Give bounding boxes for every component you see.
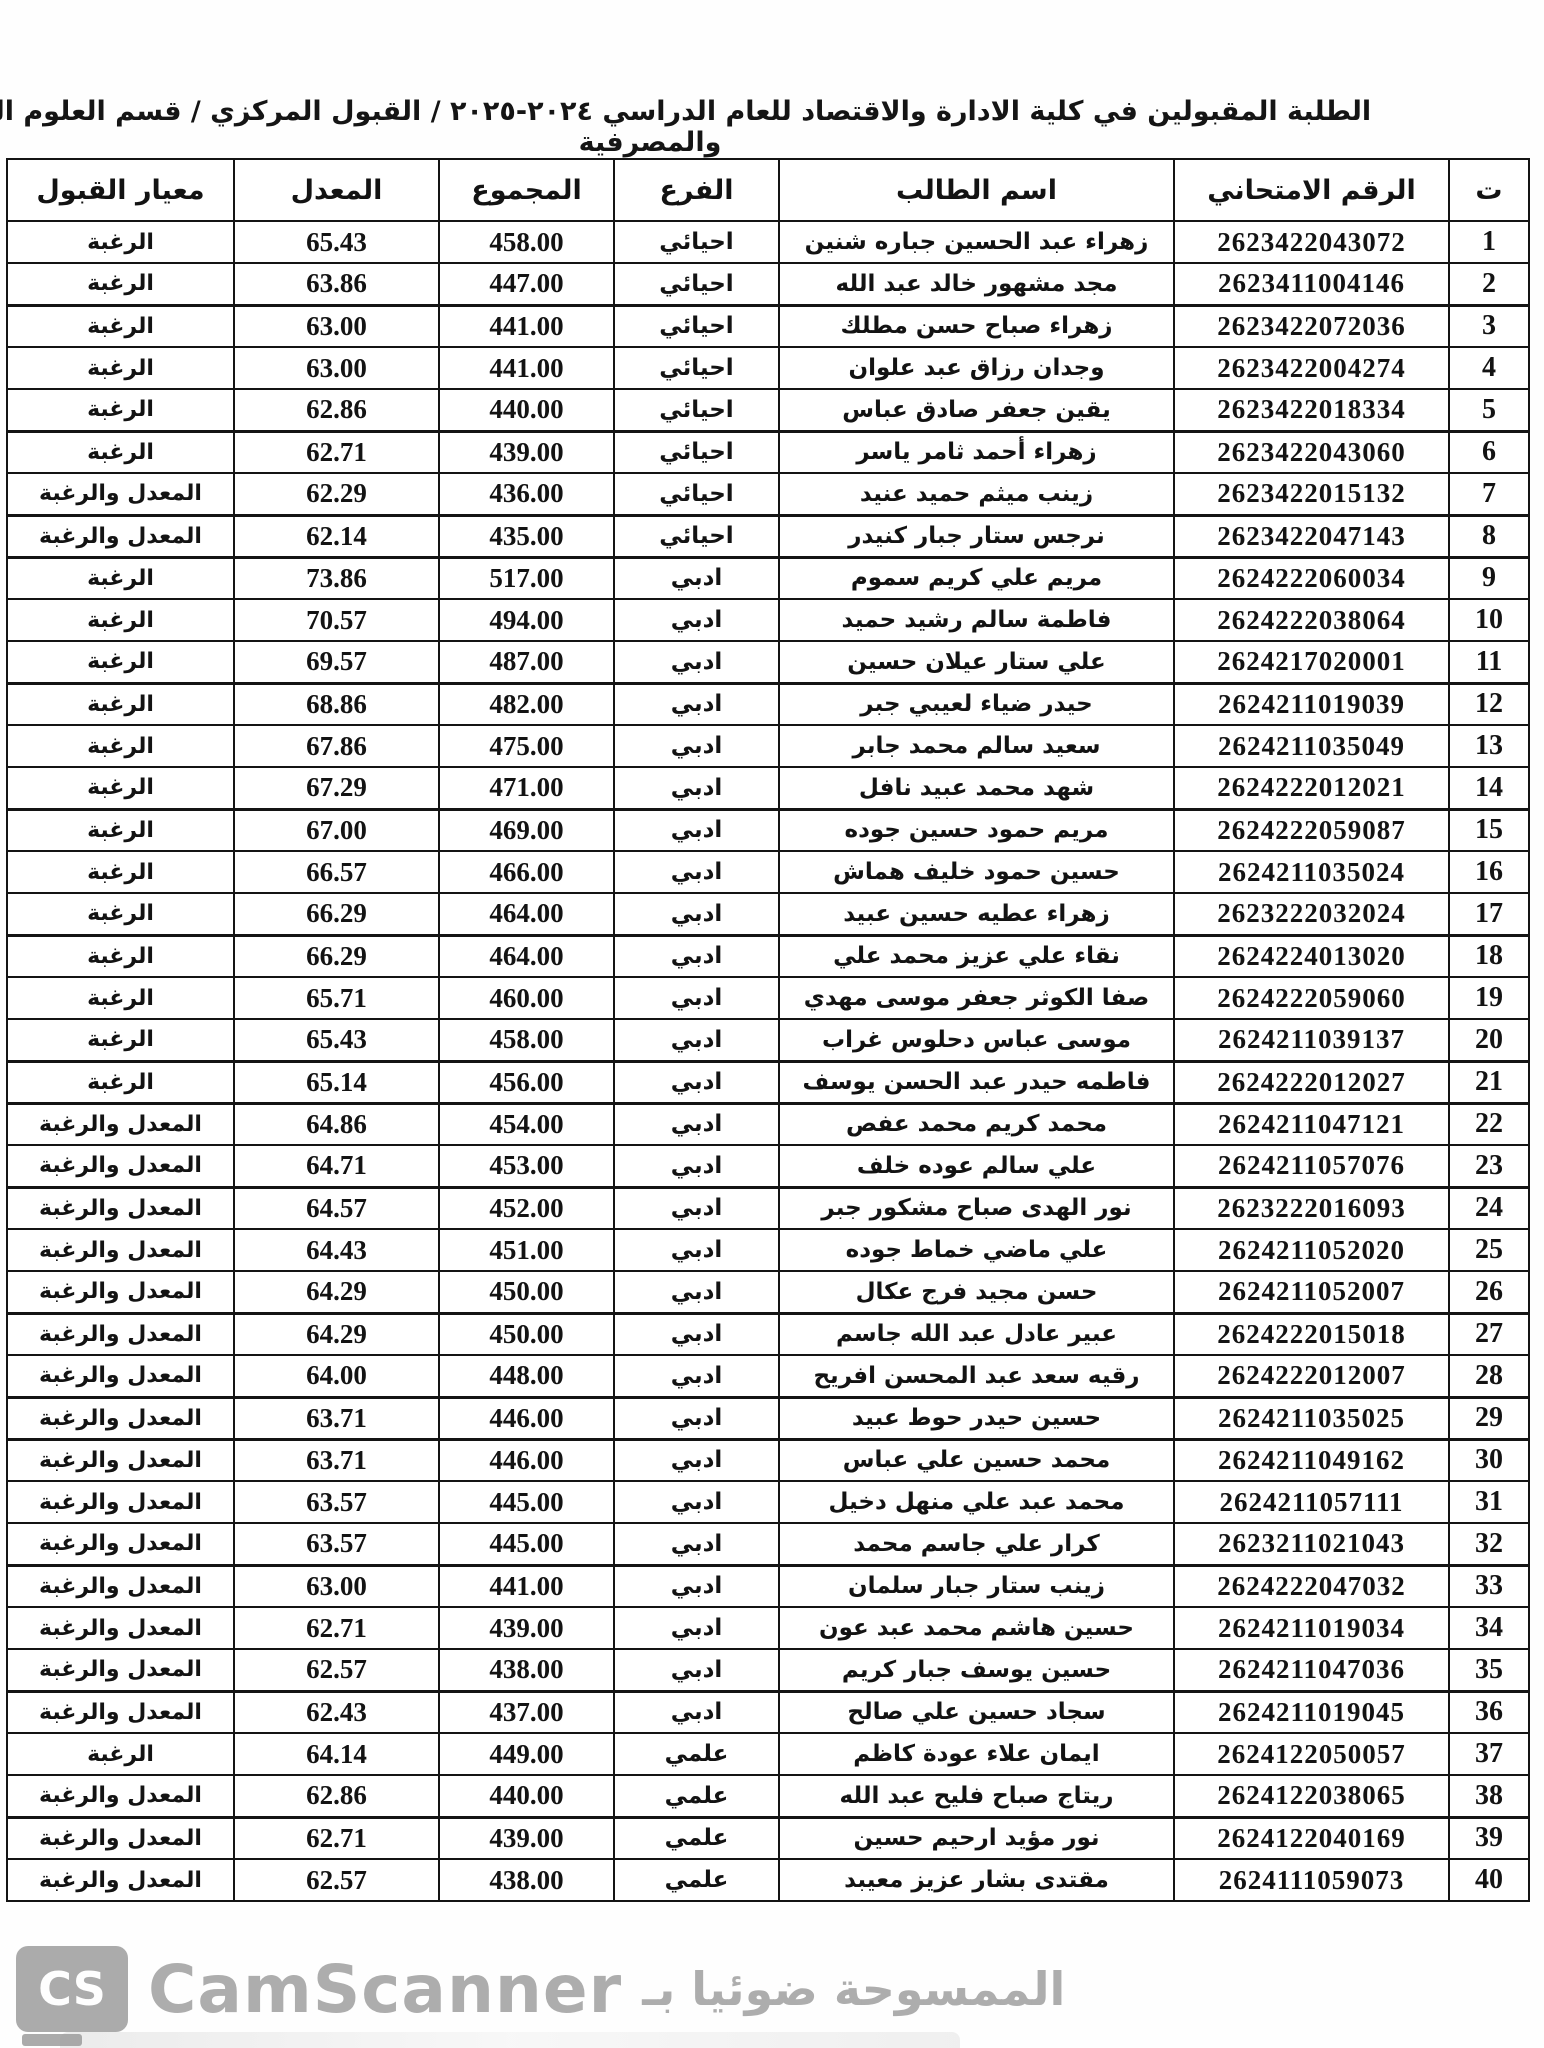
student-name-cell: نقاء علي عزيز محمد علي	[779, 935, 1174, 977]
average-cell: 66.57	[234, 851, 439, 893]
serial-cell: 30	[1449, 1439, 1529, 1481]
exam-number-cell: 2624222047032	[1174, 1565, 1449, 1607]
branch-cell: ادبي	[614, 767, 779, 809]
exam-number-cell: 2623222032024	[1174, 893, 1449, 935]
table-row: 292624211035025حسين حيدر حوط عبيدادبي446…	[7, 1397, 1529, 1439]
table-row: 72623422015132زينب ميثم حميد عنيداحيائي4…	[7, 473, 1529, 515]
criterion-cell: المعدل والرغبة	[7, 1859, 234, 1901]
criterion-cell: الرغبة	[7, 641, 234, 683]
branch-cell: ادبي	[614, 557, 779, 599]
student-name-cell: نور الهدى صباح مشكور جبر	[779, 1187, 1174, 1229]
exam-number-cell: 2623422047143	[1174, 515, 1449, 557]
student-name-cell: حيدر ضياء لعيبي جبر	[779, 683, 1174, 725]
exam-number-cell: 2624211052007	[1174, 1271, 1449, 1313]
total-cell: 452.00	[439, 1187, 614, 1229]
average-cell: 62.86	[234, 389, 439, 431]
serial-cell: 20	[1449, 1019, 1529, 1061]
page-title: الطلبة المقبولين في كلية الادارة والاقتص…	[0, 96, 1422, 158]
total-cell: 438.00	[439, 1649, 614, 1691]
criterion-cell: الرغبة	[7, 1061, 234, 1103]
average-cell: 62.43	[234, 1691, 439, 1733]
exam-number-cell: 2624217020001	[1174, 641, 1449, 683]
average-cell: 69.57	[234, 641, 439, 683]
average-cell: 63.00	[234, 347, 439, 389]
table-row: 142624222012021شهد محمد عبيد نافلادبي471…	[7, 767, 1529, 809]
average-cell: 64.71	[234, 1145, 439, 1187]
table-row: 332624222047032زينب ستار جبار سلمانادبي4…	[7, 1565, 1529, 1607]
serial-cell: 11	[1449, 641, 1529, 683]
serial-cell: 3	[1449, 305, 1529, 347]
table-row: 22623411004146مجد مشهور خالد عبد اللهاحي…	[7, 263, 1529, 305]
branch-cell: ادبي	[614, 1355, 779, 1397]
branch-cell: ادبي	[614, 1691, 779, 1733]
table-row: 402624111059073مقتدى بشار عزيز معيبدعلمي…	[7, 1859, 1529, 1901]
average-cell: 63.71	[234, 1439, 439, 1481]
branch-cell: احيائي	[614, 305, 779, 347]
criterion-cell: الرغبة	[7, 599, 234, 641]
serial-cell: 2	[1449, 263, 1529, 305]
criterion-cell: المعدل والرغبة	[7, 1691, 234, 1733]
student-name-cell: نور مؤيد ارحيم حسين	[779, 1817, 1174, 1859]
table-row: 322623211021043كرار علي جاسم محمدادبي445…	[7, 1523, 1529, 1565]
admissions-table: ت الرقم الامتحاني اسم الطالب الفرع المجم…	[6, 158, 1530, 1902]
exam-number-cell: 2624211019045	[1174, 1691, 1449, 1733]
exam-number-cell: 2624222012007	[1174, 1355, 1449, 1397]
student-name-cell: فاطمة سالم رشيد حميد	[779, 599, 1174, 641]
branch-cell: علمي	[614, 1775, 779, 1817]
exam-number-cell: 2624122040169	[1174, 1817, 1449, 1859]
camscanner-logo-text: CS	[38, 1962, 106, 2016]
average-cell: 64.29	[234, 1271, 439, 1313]
branch-cell: علمي	[614, 1733, 779, 1775]
table-row: 232624211057076علي سالم عوده خلفادبي453.…	[7, 1145, 1529, 1187]
average-cell: 63.00	[234, 305, 439, 347]
student-name-cell: وجدان رزاق عبد علوان	[779, 347, 1174, 389]
average-cell: 64.00	[234, 1355, 439, 1397]
table-row: 312624211057111محمد عبد علي منهل دخيلادب…	[7, 1481, 1529, 1523]
branch-cell: ادبي	[614, 683, 779, 725]
table-row: 112624217020001علي ستار عيلان حسينادبي48…	[7, 641, 1529, 683]
exam-number-cell: 2624211039137	[1174, 1019, 1449, 1061]
exam-number-cell: 2624222012027	[1174, 1061, 1449, 1103]
criterion-cell: المعدل والرغبة	[7, 1439, 234, 1481]
total-cell: 469.00	[439, 809, 614, 851]
total-cell: 453.00	[439, 1145, 614, 1187]
exam-number-cell: 2623422072036	[1174, 305, 1449, 347]
student-name-cell: حسين يوسف جبار كريم	[779, 1649, 1174, 1691]
criterion-cell: الرغبة	[7, 305, 234, 347]
table-row: 342624211019034حسين هاشم محمد عبد عونادب…	[7, 1607, 1529, 1649]
total-cell: 439.00	[439, 1817, 614, 1859]
average-cell: 68.86	[234, 683, 439, 725]
criterion-cell: الرغبة	[7, 725, 234, 767]
serial-cell: 10	[1449, 599, 1529, 641]
branch-cell: احيائي	[614, 263, 779, 305]
exam-number-cell: 2624211052020	[1174, 1229, 1449, 1271]
average-cell: 63.57	[234, 1481, 439, 1523]
student-name-cell: ريتاج صباح فليح عبد الله	[779, 1775, 1174, 1817]
average-cell: 62.86	[234, 1775, 439, 1817]
table-row: 82623422047143نرجس ستار جبار كنيدراحيائي…	[7, 515, 1529, 557]
criterion-cell: الرغبة	[7, 767, 234, 809]
criterion-cell: المعدل والرغبة	[7, 1145, 234, 1187]
total-cell: 456.00	[439, 1061, 614, 1103]
camscanner-brand-text: CamScanner	[148, 1951, 622, 2028]
serial-cell: 1	[1449, 221, 1529, 263]
branch-cell: ادبي	[614, 893, 779, 935]
total-cell: 451.00	[439, 1229, 614, 1271]
student-name-cell: سجاد حسين علي صالح	[779, 1691, 1174, 1733]
student-name-cell: فاطمه حيدر عبد الحسن يوسف	[779, 1061, 1174, 1103]
criterion-cell: الرغبة	[7, 347, 234, 389]
exam-number-cell: 2623411004146	[1174, 263, 1449, 305]
branch-cell: احيائي	[614, 431, 779, 473]
serial-cell: 5	[1449, 389, 1529, 431]
total-cell: 464.00	[439, 893, 614, 935]
exam-number-cell: 2624211057076	[1174, 1145, 1449, 1187]
criterion-cell: المعدل والرغبة	[7, 1313, 234, 1355]
criterion-cell: المعدل والرغبة	[7, 1649, 234, 1691]
average-cell: 62.14	[234, 515, 439, 557]
criterion-cell: الرغبة	[7, 263, 234, 305]
branch-cell: ادبي	[614, 1187, 779, 1229]
table-row: 122624211019039حيدر ضياء لعيبي جبرادبي48…	[7, 683, 1529, 725]
serial-cell: 34	[1449, 1607, 1529, 1649]
student-name-cell: محمد عبد علي منهل دخيل	[779, 1481, 1174, 1523]
table-row: 32623422072036زهراء صباح حسن مطلكاحيائي4…	[7, 305, 1529, 347]
column-header-total: المجموع	[439, 159, 614, 221]
exam-number-cell: 2623222016093	[1174, 1187, 1449, 1229]
student-name-cell: علي ماضي خماط جوده	[779, 1229, 1174, 1271]
branch-cell: علمي	[614, 1817, 779, 1859]
column-header-serial: ت	[1449, 159, 1529, 221]
average-cell: 63.71	[234, 1397, 439, 1439]
total-cell: 494.00	[439, 599, 614, 641]
average-cell: 67.86	[234, 725, 439, 767]
total-cell: 471.00	[439, 767, 614, 809]
criterion-cell: الرغبة	[7, 431, 234, 473]
exam-number-cell: 2624211047121	[1174, 1103, 1449, 1145]
student-name-cell: يقين جعفر صادق عباس	[779, 389, 1174, 431]
student-name-cell: محمد كريم محمد عفص	[779, 1103, 1174, 1145]
branch-cell: ادبي	[614, 599, 779, 641]
serial-cell: 22	[1449, 1103, 1529, 1145]
serial-cell: 13	[1449, 725, 1529, 767]
serial-cell: 32	[1449, 1523, 1529, 1565]
criterion-cell: المعدل والرغبة	[7, 1481, 234, 1523]
column-header-student-name: اسم الطالب	[779, 159, 1174, 221]
average-cell: 63.57	[234, 1523, 439, 1565]
total-cell: 436.00	[439, 473, 614, 515]
total-cell: 446.00	[439, 1439, 614, 1481]
average-cell: 62.71	[234, 1607, 439, 1649]
criterion-cell: المعدل والرغبة	[7, 1271, 234, 1313]
total-cell: 449.00	[439, 1733, 614, 1775]
table-row: 192624222059060صفا الكوثر جعفر موسى مهدي…	[7, 977, 1529, 1019]
branch-cell: ادبي	[614, 1103, 779, 1145]
serial-cell: 12	[1449, 683, 1529, 725]
student-name-cell: رقيه سعد عبد المحسن افريح	[779, 1355, 1174, 1397]
criterion-cell: المعدل والرغبة	[7, 1397, 234, 1439]
total-cell: 450.00	[439, 1313, 614, 1355]
table-row: 102624222038064فاطمة سالم رشيد حميدادبي4…	[7, 599, 1529, 641]
total-cell: 450.00	[439, 1271, 614, 1313]
criterion-cell: المعدل والرغبة	[7, 515, 234, 557]
average-cell: 63.86	[234, 263, 439, 305]
serial-cell: 23	[1449, 1145, 1529, 1187]
branch-cell: احيائي	[614, 347, 779, 389]
student-name-cell: زهراء أحمد ثامر ياسر	[779, 431, 1174, 473]
exam-number-cell: 2623422043060	[1174, 431, 1449, 473]
column-header-average: المعدل	[234, 159, 439, 221]
criterion-cell: المعدل والرغبة	[7, 1523, 234, 1565]
branch-cell: ادبي	[614, 641, 779, 683]
branch-cell: ادبي	[614, 935, 779, 977]
student-name-cell: زهراء عطيه حسين عبيد	[779, 893, 1174, 935]
exam-number-cell: 2624211049162	[1174, 1439, 1449, 1481]
serial-cell: 9	[1449, 557, 1529, 599]
serial-cell: 19	[1449, 977, 1529, 1019]
branch-cell: ادبي	[614, 1565, 779, 1607]
criterion-cell: المعدل والرغبة	[7, 1565, 234, 1607]
total-cell: 437.00	[439, 1691, 614, 1733]
serial-cell: 25	[1449, 1229, 1529, 1271]
serial-cell: 39	[1449, 1817, 1529, 1859]
average-cell: 65.43	[234, 221, 439, 263]
table-row: 302624211049162محمد حسين علي عباسادبي446…	[7, 1439, 1529, 1481]
total-cell: 460.00	[439, 977, 614, 1019]
exam-number-cell: 2624222012021	[1174, 767, 1449, 809]
exam-number-cell: 2623422043072	[1174, 221, 1449, 263]
exam-number-cell: 2623422004274	[1174, 347, 1449, 389]
branch-cell: ادبي	[614, 1271, 779, 1313]
student-name-cell: زينب ستار جبار سلمان	[779, 1565, 1174, 1607]
exam-number-cell: 2624222015018	[1174, 1313, 1449, 1355]
criterion-cell: الرغبة	[7, 683, 234, 725]
table-row: 392624122040169نور مؤيد ارحيم حسينعلمي43…	[7, 1817, 1529, 1859]
scanned-document-page: الطلبة المقبولين في كلية الادارة والاقتص…	[0, 0, 1544, 2048]
table-row: 252624211052020علي ماضي خماط جودهادبي451…	[7, 1229, 1529, 1271]
student-name-cell: محمد حسين علي عباس	[779, 1439, 1174, 1481]
exam-number-cell: 2624211035025	[1174, 1397, 1449, 1439]
average-cell: 63.00	[234, 1565, 439, 1607]
table-row: 212624222012027فاطمه حيدر عبد الحسن يوسف…	[7, 1061, 1529, 1103]
table-row: 132624211035049سعيد سالم محمد جابرادبي47…	[7, 725, 1529, 767]
serial-cell: 29	[1449, 1397, 1529, 1439]
student-name-cell: مجد مشهور خالد عبد الله	[779, 263, 1174, 305]
criterion-cell: الرغبة	[7, 557, 234, 599]
total-cell: 447.00	[439, 263, 614, 305]
serial-cell: 33	[1449, 1565, 1529, 1607]
total-cell: 445.00	[439, 1523, 614, 1565]
exam-number-cell: 2624211035049	[1174, 725, 1449, 767]
student-name-cell: ايمان علاء عودة كاظم	[779, 1733, 1174, 1775]
criterion-cell: الرغبة	[7, 809, 234, 851]
table-row: 182624224013020نقاء علي عزيز محمد عليادب…	[7, 935, 1529, 977]
branch-cell: ادبي	[614, 809, 779, 851]
exam-number-cell: 2624222059087	[1174, 809, 1449, 851]
branch-cell: ادبي	[614, 1061, 779, 1103]
criterion-cell: الرغبة	[7, 1019, 234, 1061]
exam-number-cell: 2624224013020	[1174, 935, 1449, 977]
average-cell: 66.29	[234, 893, 439, 935]
criterion-cell: المعدل والرغبة	[7, 1817, 234, 1859]
total-cell: 517.00	[439, 557, 614, 599]
serial-cell: 8	[1449, 515, 1529, 557]
average-cell: 66.29	[234, 935, 439, 977]
table-row: 62623422043060زهراء أحمد ثامر ياسراحيائي…	[7, 431, 1529, 473]
criterion-cell: الرغبة	[7, 221, 234, 263]
criterion-cell: المعدل والرغبة	[7, 1775, 234, 1817]
branch-cell: احيائي	[614, 389, 779, 431]
table-row: 272624222015018عبير عادل عبد الله جاسماد…	[7, 1313, 1529, 1355]
camscanner-arabic-text: الممسوحة ضوئيا بـ	[642, 1962, 1065, 2016]
average-cell: 65.71	[234, 977, 439, 1019]
table-row: 372624122050057ايمان علاء عودة كاظمعلمي4…	[7, 1733, 1529, 1775]
table-body: 12623422043072زهراء عبد الحسين جباره شني…	[7, 221, 1529, 1901]
serial-cell: 17	[1449, 893, 1529, 935]
exam-number-cell: 2624211057111	[1174, 1481, 1449, 1523]
average-cell: 62.29	[234, 473, 439, 515]
student-name-cell: حسين حمود خليف هماش	[779, 851, 1174, 893]
serial-cell: 6	[1449, 431, 1529, 473]
average-cell: 62.71	[234, 1817, 439, 1859]
average-cell: 65.14	[234, 1061, 439, 1103]
branch-cell: ادبي	[614, 1649, 779, 1691]
table-row: 12623422043072زهراء عبد الحسين جباره شني…	[7, 221, 1529, 263]
table-row: 382624122038065ريتاج صباح فليح عبد اللهع…	[7, 1775, 1529, 1817]
total-cell: 448.00	[439, 1355, 614, 1397]
table-row: 222624211047121محمد كريم محمد عفصادبي454…	[7, 1103, 1529, 1145]
exam-number-cell: 2624211035024	[1174, 851, 1449, 893]
average-cell: 67.29	[234, 767, 439, 809]
student-name-cell: زينب ميثم حميد عنيد	[779, 473, 1174, 515]
serial-cell: 37	[1449, 1733, 1529, 1775]
average-cell: 64.86	[234, 1103, 439, 1145]
average-cell: 67.00	[234, 809, 439, 851]
total-cell: 454.00	[439, 1103, 614, 1145]
branch-cell: ادبي	[614, 851, 779, 893]
average-cell: 70.57	[234, 599, 439, 641]
serial-cell: 27	[1449, 1313, 1529, 1355]
total-cell: 458.00	[439, 1019, 614, 1061]
criterion-cell: الرغبة	[7, 935, 234, 977]
exam-number-cell: 2623422015132	[1174, 473, 1449, 515]
exam-number-cell: 2624211019034	[1174, 1607, 1449, 1649]
total-cell: 466.00	[439, 851, 614, 893]
branch-cell: ادبي	[614, 725, 779, 767]
student-name-cell: علي ستار عيلان حسين	[779, 641, 1174, 683]
table-row: 282624222012007رقيه سعد عبد المحسن افريح…	[7, 1355, 1529, 1397]
exam-number-cell: 2623422018334	[1174, 389, 1449, 431]
table-row: 162624211035024حسين حمود خليف هماشادبي46…	[7, 851, 1529, 893]
table-row: 262624211052007حسن مجيد فرج عكالادبي450.…	[7, 1271, 1529, 1313]
student-name-cell: كرار علي جاسم محمد	[779, 1523, 1174, 1565]
student-name-cell: حسين حيدر حوط عبيد	[779, 1397, 1174, 1439]
serial-cell: 15	[1449, 809, 1529, 851]
column-header-exam-number: الرقم الامتحاني	[1174, 159, 1449, 221]
average-cell: 64.57	[234, 1187, 439, 1229]
criterion-cell: الرغبة	[7, 389, 234, 431]
serial-cell: 31	[1449, 1481, 1529, 1523]
student-name-cell: زهراء عبد الحسين جباره شنين	[779, 221, 1174, 263]
average-cell: 64.29	[234, 1313, 439, 1355]
table-row: 242623222016093نور الهدى صباح مشكور جبرا…	[7, 1187, 1529, 1229]
total-cell: 439.00	[439, 431, 614, 473]
branch-cell: ادبي	[614, 1313, 779, 1355]
branch-cell: ادبي	[614, 1607, 779, 1649]
serial-cell: 18	[1449, 935, 1529, 977]
criterion-cell: الرغبة	[7, 977, 234, 1019]
average-cell: 64.14	[234, 1733, 439, 1775]
branch-cell: احيائي	[614, 473, 779, 515]
criterion-cell: المعدل والرغبة	[7, 1187, 234, 1229]
branch-cell: ادبي	[614, 977, 779, 1019]
total-cell: 482.00	[439, 683, 614, 725]
total-cell: 441.00	[439, 305, 614, 347]
student-name-cell: مقتدى بشار عزيز معيبد	[779, 1859, 1174, 1901]
student-name-cell: صفا الكوثر جعفر موسى مهدي	[779, 977, 1174, 1019]
student-name-cell: موسى عباس دحلوس غراب	[779, 1019, 1174, 1061]
total-cell: 435.00	[439, 515, 614, 557]
criterion-cell: المعدل والرغبة	[7, 473, 234, 515]
exam-number-cell: 2624111059073	[1174, 1859, 1449, 1901]
average-cell: 62.57	[234, 1859, 439, 1901]
average-cell: 73.86	[234, 557, 439, 599]
scan-shadow	[60, 2032, 960, 2048]
student-name-cell: زهراء صباح حسن مطلك	[779, 305, 1174, 347]
branch-cell: علمي	[614, 1859, 779, 1901]
exam-number-cell: 2624122050057	[1174, 1733, 1449, 1775]
student-name-cell: مريم علي كريم سموم	[779, 557, 1174, 599]
branch-cell: ادبي	[614, 1439, 779, 1481]
student-name-cell: شهد محمد عبيد نافل	[779, 767, 1174, 809]
branch-cell: احيائي	[614, 515, 779, 557]
total-cell: 487.00	[439, 641, 614, 683]
serial-cell: 26	[1449, 1271, 1529, 1313]
student-name-cell: علي سالم عوده خلف	[779, 1145, 1174, 1187]
serial-cell: 21	[1449, 1061, 1529, 1103]
serial-cell: 14	[1449, 767, 1529, 809]
branch-cell: ادبي	[614, 1145, 779, 1187]
branch-cell: ادبي	[614, 1523, 779, 1565]
exam-number-cell: 2624222038064	[1174, 599, 1449, 641]
student-name-cell: نرجس ستار جبار كنيدر	[779, 515, 1174, 557]
serial-cell: 7	[1449, 473, 1529, 515]
total-cell: 440.00	[439, 1775, 614, 1817]
serial-cell: 35	[1449, 1649, 1529, 1691]
exam-number-cell: 2624222060034	[1174, 557, 1449, 599]
exam-number-cell: 2624222059060	[1174, 977, 1449, 1019]
criterion-cell: المعدل والرغبة	[7, 1229, 234, 1271]
average-cell: 64.43	[234, 1229, 439, 1271]
student-name-cell: سعيد سالم محمد جابر	[779, 725, 1174, 767]
criterion-cell: الرغبة	[7, 893, 234, 935]
column-header-branch: الفرع	[614, 159, 779, 221]
criterion-cell: المعدل والرغبة	[7, 1607, 234, 1649]
total-cell: 440.00	[439, 389, 614, 431]
exam-number-cell: 2624211019039	[1174, 683, 1449, 725]
total-cell: 464.00	[439, 935, 614, 977]
serial-cell: 36	[1449, 1691, 1529, 1733]
branch-cell: ادبي	[614, 1229, 779, 1271]
table-row: 352624211047036حسين يوسف جبار كريمادبي43…	[7, 1649, 1529, 1691]
student-name-cell: مريم حمود حسين جوده	[779, 809, 1174, 851]
table-row: 152624222059087مريم حمود حسين جودهادبي46…	[7, 809, 1529, 851]
serial-cell: 28	[1449, 1355, 1529, 1397]
exam-number-cell: 2623211021043	[1174, 1523, 1449, 1565]
exam-number-cell: 2624122038065	[1174, 1775, 1449, 1817]
